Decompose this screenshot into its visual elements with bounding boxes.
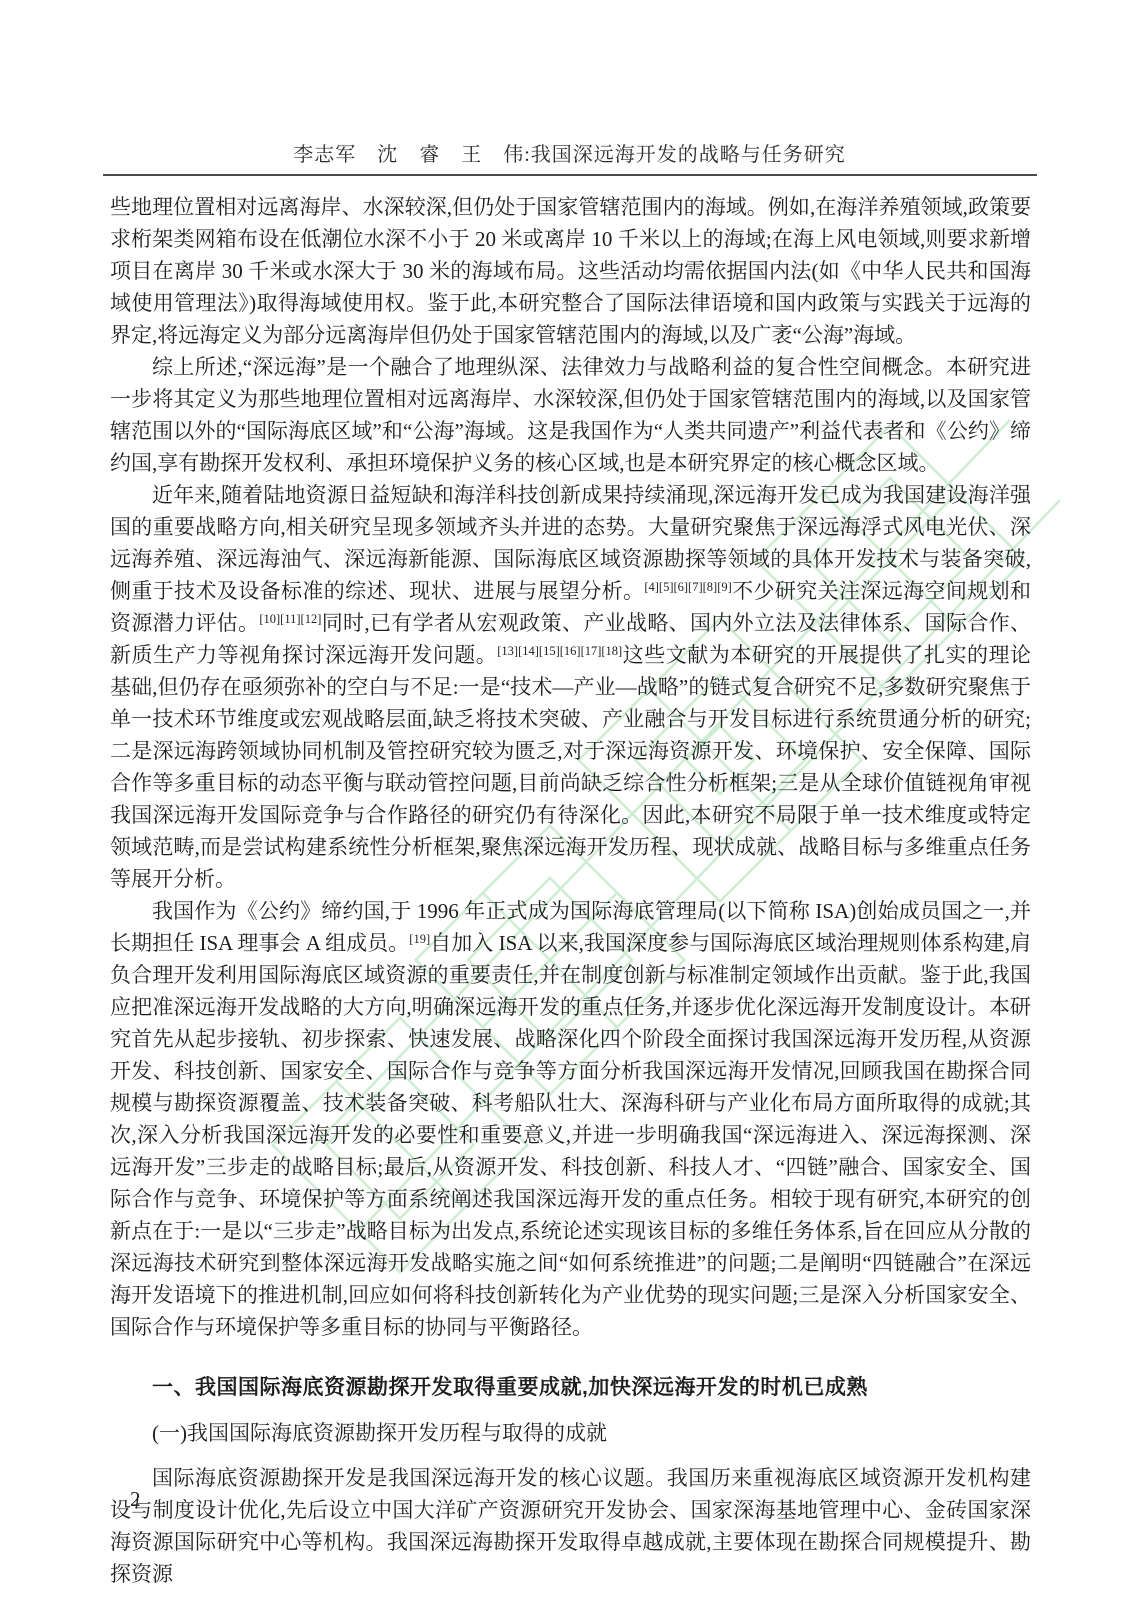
section-heading: 一、我国国际海底资源勘探开发取得重要成就,加快深远海开发的时机已成熟 xyxy=(110,1372,1031,1404)
header-rule xyxy=(103,174,1037,176)
citation-ref: [19] xyxy=(409,932,430,946)
running-header: 李志军 沈 睿 王 伟:我国深远海开发的战略与任务研究 xyxy=(0,138,1139,167)
page: 李志军 沈 睿 王 伟:我国深远海开发的战略与任务研究 些地理位置相对远离海岸、… xyxy=(0,0,1139,1612)
citation-ref: [4][5][6][7][8][9] xyxy=(644,580,731,594)
subsection-heading: (一)我国国际海底资源勘探开发历程与取得的成就 xyxy=(110,1417,1031,1449)
paragraph: 些地理位置相对远离海岸、水深较深,但仍处于国家管辖范围内的海域。例如,在海洋养殖… xyxy=(110,191,1031,351)
paragraph: 综上所述,“深远海”是一个融合了地理纵深、法律效力与战略利益的复合性空间概念。本… xyxy=(110,351,1031,479)
paragraph: 国际海底资源勘探开发是我国深远海开发的核心议题。我国历来重视海底区域资源开发机构… xyxy=(110,1462,1031,1590)
citation-ref: [13][14][15][16][17][18] xyxy=(497,644,622,658)
article-body: 些地理位置相对远离海岸、水深较深,但仍处于国家管辖范围内的海域。例如,在海洋养殖… xyxy=(110,191,1031,1590)
paragraph: 我国作为《公约》缔约国,于 1996 年正式成为国际海底管理局(以下简称 ISA… xyxy=(110,895,1031,1343)
page-number: 2 xyxy=(130,1487,141,1512)
citation-ref: [10][11][12] xyxy=(259,612,321,626)
paragraph: 近年来,随着陆地资源日益短缺和海洋科技创新成果持续涌现,深远海开发已成为我国建设… xyxy=(110,479,1031,895)
